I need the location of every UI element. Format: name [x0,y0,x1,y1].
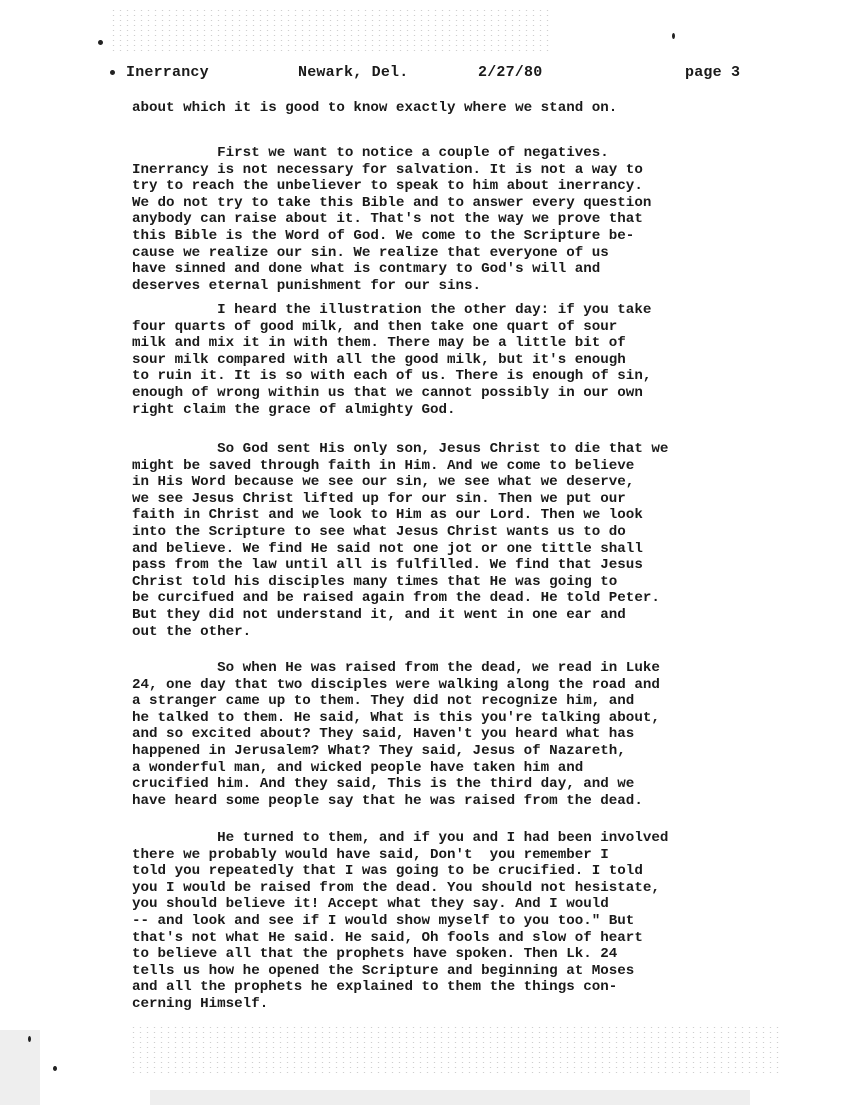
text-line: we see Jesus Christ lifted up for our si… [132,491,802,508]
text-line: he talked to them. He said, What is this… [132,710,802,727]
scan-speck [672,33,675,39]
paragraph-illustration: I heard the illustration the other day: … [132,302,802,418]
text-line: to ruin it. It is so with each of us. Th… [132,368,802,385]
text-line: right claim the grace of almighty God. [132,402,802,419]
header-place: Newark, Del. [298,64,408,81]
text-line: cerning Himself. [132,996,802,1013]
text-line: 24, one day that two disciples were walk… [132,677,802,694]
text-line: this Bible is the Word of God. We come t… [132,228,802,245]
header-date: 2/27/80 [478,64,542,81]
text-line: sour milk compared with all the good mil… [132,352,802,369]
text-line: So when He was raised from the dead, we … [132,660,802,677]
text-line: So God sent His only son, Jesus Christ t… [132,441,802,458]
text-line: four quarts of good milk, and then take … [132,319,802,336]
text-line: have heard some people say that he was r… [132,793,802,810]
scan-speck [28,1036,31,1042]
text-line: be curcifued and be raised again from th… [132,590,802,607]
text-line: about which it is good to know exactly w… [132,100,802,117]
text-line: pass from the law until all is fulfilled… [132,557,802,574]
text-line: First we want to notice a couple of nega… [132,145,802,162]
text-line: might be saved through faith in Him. And… [132,458,802,475]
text-line: -- and look and see if I would show myse… [132,913,802,930]
text-line: to believe all that the prophets have sp… [132,946,802,963]
text-line: and believe. We find He said not one jot… [132,541,802,558]
document-page: Inerrancy Newark, Del. 2/27/80 page 3 ab… [0,0,855,1105]
text-line: Christ told his disciples many times tha… [132,574,802,591]
scan-noise-top [110,8,550,54]
paragraph-emmaus: So when He was raised from the dead, we … [132,660,802,809]
text-line: cause we realize our sin. We realize tha… [132,245,802,262]
text-line: in His Word because we see our sin, we s… [132,474,802,491]
text-line: crucified him. And they said, This is th… [132,776,802,793]
scan-speck [98,40,103,45]
header-title: Inerrancy [126,64,209,81]
paragraph-negatives: First we want to notice a couple of nega… [132,145,802,294]
text-line: a wonderful man, and wicked people have … [132,760,802,777]
paragraph-response: He turned to them, and if you and I had … [132,830,802,1013]
text-line: there we probably would have said, Don't… [132,847,802,864]
text-line: you I would be raised from the dead. You… [132,880,802,897]
header-page-number: page 3 [685,64,740,81]
text-line: and all the prophets he explained to the… [132,979,802,996]
text-line: I heard the illustration the other day: … [132,302,802,319]
text-line: faith in Christ and we look to Him as ou… [132,507,802,524]
text-line: try to reach the unbeliever to speak to … [132,178,802,195]
text-line: Inerrancy is not necessary for salvation… [132,162,802,179]
text-line: But they did not understand it, and it w… [132,607,802,624]
text-line: We do not try to take this Bible and to … [132,195,802,212]
text-line: that's not what He said. He said, Oh foo… [132,930,802,947]
text-line: a stranger came up to them. They did not… [132,693,802,710]
text-line: milk and mix it in with them. There may … [132,335,802,352]
text-line: out the other. [132,624,802,641]
scan-noise-bottom [130,1025,780,1075]
text-line: happened in Jerusalem? What? They said, … [132,743,802,760]
text-line: anybody can raise about it. That's not t… [132,211,802,228]
text-line: He turned to them, and if you and I had … [132,830,802,847]
scan-speck [53,1066,57,1071]
text-line: tells us how he opened the Scripture and… [132,963,802,980]
text-line: deserves eternal punishment for our sins… [132,278,802,295]
text-line: and so excited about? They said, Haven't… [132,726,802,743]
text-line: have sinned and done what is contmary to… [132,261,802,278]
text-line: told you repeatedly that I was going to … [132,863,802,880]
page-header: Inerrancy Newark, Del. 2/27/80 page 3 [112,64,742,86]
scan-smudge-bottom [150,1090,750,1105]
text-line: into the Scripture to see what Jesus Chr… [132,524,802,541]
paragraph-continuation: about which it is good to know exactly w… [132,100,802,117]
text-line: you should believe it! Accept what they … [132,896,802,913]
text-line: enough of wrong within us that we cannot… [132,385,802,402]
scan-smudge-left [0,1030,40,1105]
paragraph-gospel: So God sent His only son, Jesus Christ t… [132,441,802,640]
